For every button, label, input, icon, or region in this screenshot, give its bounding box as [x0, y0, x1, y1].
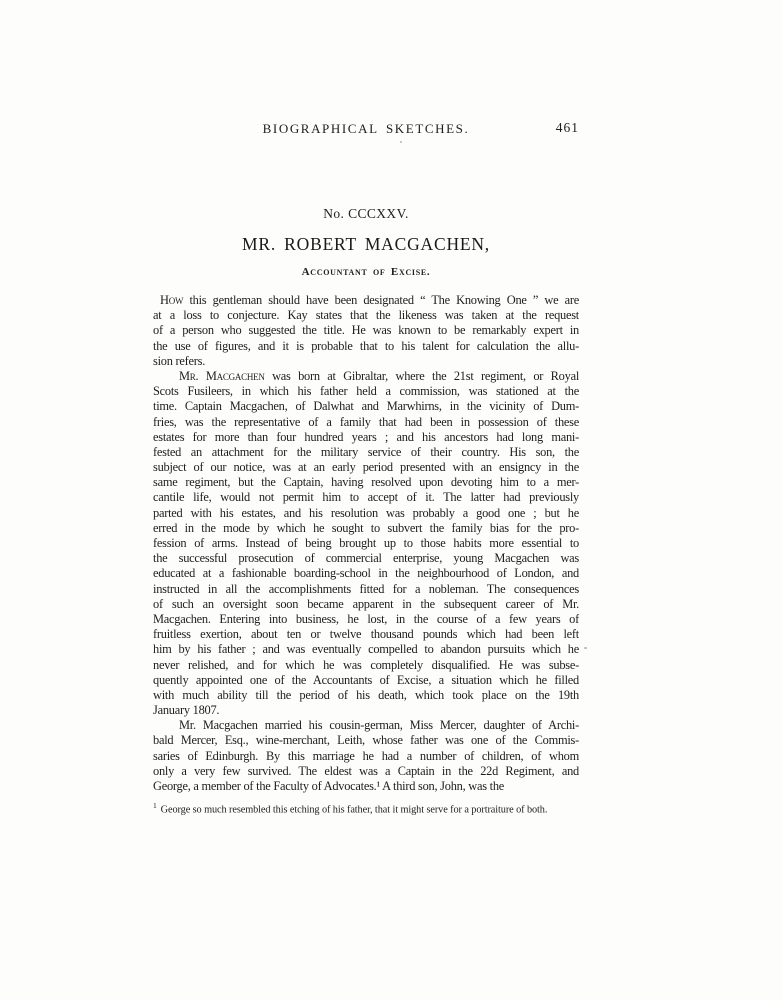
- text-line: fested an attachment for the military se…: [153, 445, 579, 460]
- footnote: 1George so much resembled this etching o…: [153, 801, 583, 815]
- text-line: Mr. Macgachen married his cousin-german,…: [153, 718, 579, 733]
- text-line: instructed in all the accomplishments fi…: [153, 582, 579, 597]
- text-line: the successful prosecution of commercial…: [153, 551, 579, 566]
- paragraph: How this gentleman should have been desi…: [153, 293, 579, 369]
- body-text: How this gentleman should have been desi…: [153, 293, 579, 794]
- text-line: January 1807.: [153, 703, 579, 718]
- text-line: fession of arms. Instead of being brough…: [153, 536, 579, 551]
- text-line: parted with his estates, and his resolut…: [153, 506, 579, 521]
- text-line: him by his father ; and was eventually c…: [153, 642, 579, 657]
- text-line: at a loss to conjecture. Kay states that…: [153, 308, 579, 323]
- text-line: subject of our notice, was at an early p…: [153, 460, 579, 475]
- text-line: with much ability till the period of his…: [153, 688, 579, 703]
- text-line: cantile life, would not permit him to ac…: [153, 490, 579, 505]
- footnote-marker: 1: [153, 801, 157, 810]
- text-line: erred in the mode by which he sought to …: [153, 521, 579, 536]
- text-line: time. Captain Macgachen, of Dalwhat and …: [153, 399, 579, 414]
- text-line: George, a member of the Faculty of Advoc…: [153, 779, 579, 794]
- text-line: bald Mercer, Esq., wine-merchant, Leith,…: [153, 733, 579, 748]
- paragraph: Mr. Macgachen married his cousin-german,…: [153, 718, 579, 794]
- text-line: quently appointed one of the Accountants…: [153, 673, 579, 688]
- small-caps-lead: Mr. Macgachen: [179, 369, 265, 383]
- text-line: educated at a fashionable boarding-schoo…: [153, 566, 579, 581]
- text-line: the use of figures, and it is probable t…: [153, 339, 579, 354]
- page-number: 461: [556, 120, 579, 136]
- text-line: saries of Edinburgh. By this marriage he…: [153, 749, 579, 764]
- text-line: estates for more than four hundred years…: [153, 430, 579, 445]
- text-line: Macgachen. Entering into business, he lo…: [153, 612, 579, 627]
- text-line: fruitless exertion, about ten or twelve …: [153, 627, 579, 642]
- text-line: fries, was the representative of a famil…: [153, 415, 579, 430]
- text-line: Mr. Macgachen was born at Gibraltar, whe…: [153, 369, 579, 384]
- footnote-text: George so much resembled this etching of…: [161, 804, 548, 815]
- text-line: sion refers.: [153, 354, 579, 369]
- article-number: No. CCCXXV.: [153, 206, 579, 222]
- text-line: same regiment, but the Captain, having r…: [153, 475, 579, 490]
- text-line: How this gentleman should have been desi…: [153, 293, 579, 308]
- scan-artifact: [400, 141, 402, 143]
- text-line: of such an oversight soon became apparen…: [153, 597, 579, 612]
- text-line: of a person who suggested the title. He …: [153, 323, 579, 338]
- paragraph: Mr. Macgachen was born at Gibraltar, whe…: [153, 369, 579, 718]
- text-line: only a very few survived. The eldest was…: [153, 764, 579, 779]
- article-title: MR. ROBERT MACGACHEN,: [153, 234, 579, 255]
- small-caps-lead: How: [160, 293, 183, 307]
- running-header: BIOGRAPHICAL SKETCHES. 461: [153, 120, 579, 138]
- article-subtitle: Accountant of Excise.: [153, 266, 579, 278]
- text-line: never relished, and for which he was com…: [153, 658, 579, 673]
- running-header-title: BIOGRAPHICAL SKETCHES.: [263, 121, 470, 136]
- scan-artifact: [584, 647, 587, 649]
- text-line: Scots Fusileers, in which his father hel…: [153, 384, 579, 399]
- book-page: BIOGRAPHICAL SKETCHES. 461 No. CCCXXV. M…: [0, 0, 782, 1000]
